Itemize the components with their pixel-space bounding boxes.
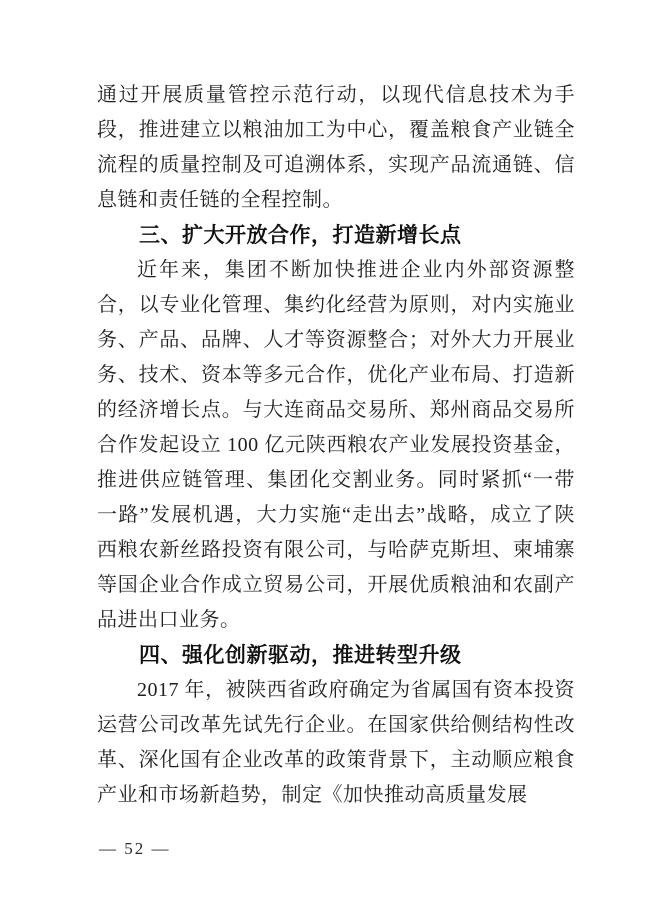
- page-number: — 52 —: [99, 839, 171, 859]
- paragraph-quality-control: 通过开展质量管控示范行动，以现代信息技术为手段，推进建立以粮油加工为中心，覆盖粮…: [97, 78, 575, 218]
- heading-section-4: 四、强化创新驱动，推进转型升级: [97, 638, 575, 673]
- document-body: 通过开展质量管控示范行动，以现代信息技术为手段，推进建立以粮油加工为中心，覆盖粮…: [97, 78, 575, 813]
- paragraph-open-cooperation: 近年来，集团不断加快推进企业内外部资源整合，以专业化管理、集约化经营为原则，对内…: [97, 253, 575, 638]
- document-page: 通过开展质量管控示范行动，以现代信息技术为手段，推进建立以粮油加工为中心，覆盖粮…: [0, 0, 650, 919]
- paragraph-innovation: 2017 年，被陕西省政府确定为省属国有资本投资运营公司改革先试先行企业。在国家…: [97, 673, 575, 813]
- heading-section-3: 三、扩大开放合作，打造新增长点: [97, 218, 575, 253]
